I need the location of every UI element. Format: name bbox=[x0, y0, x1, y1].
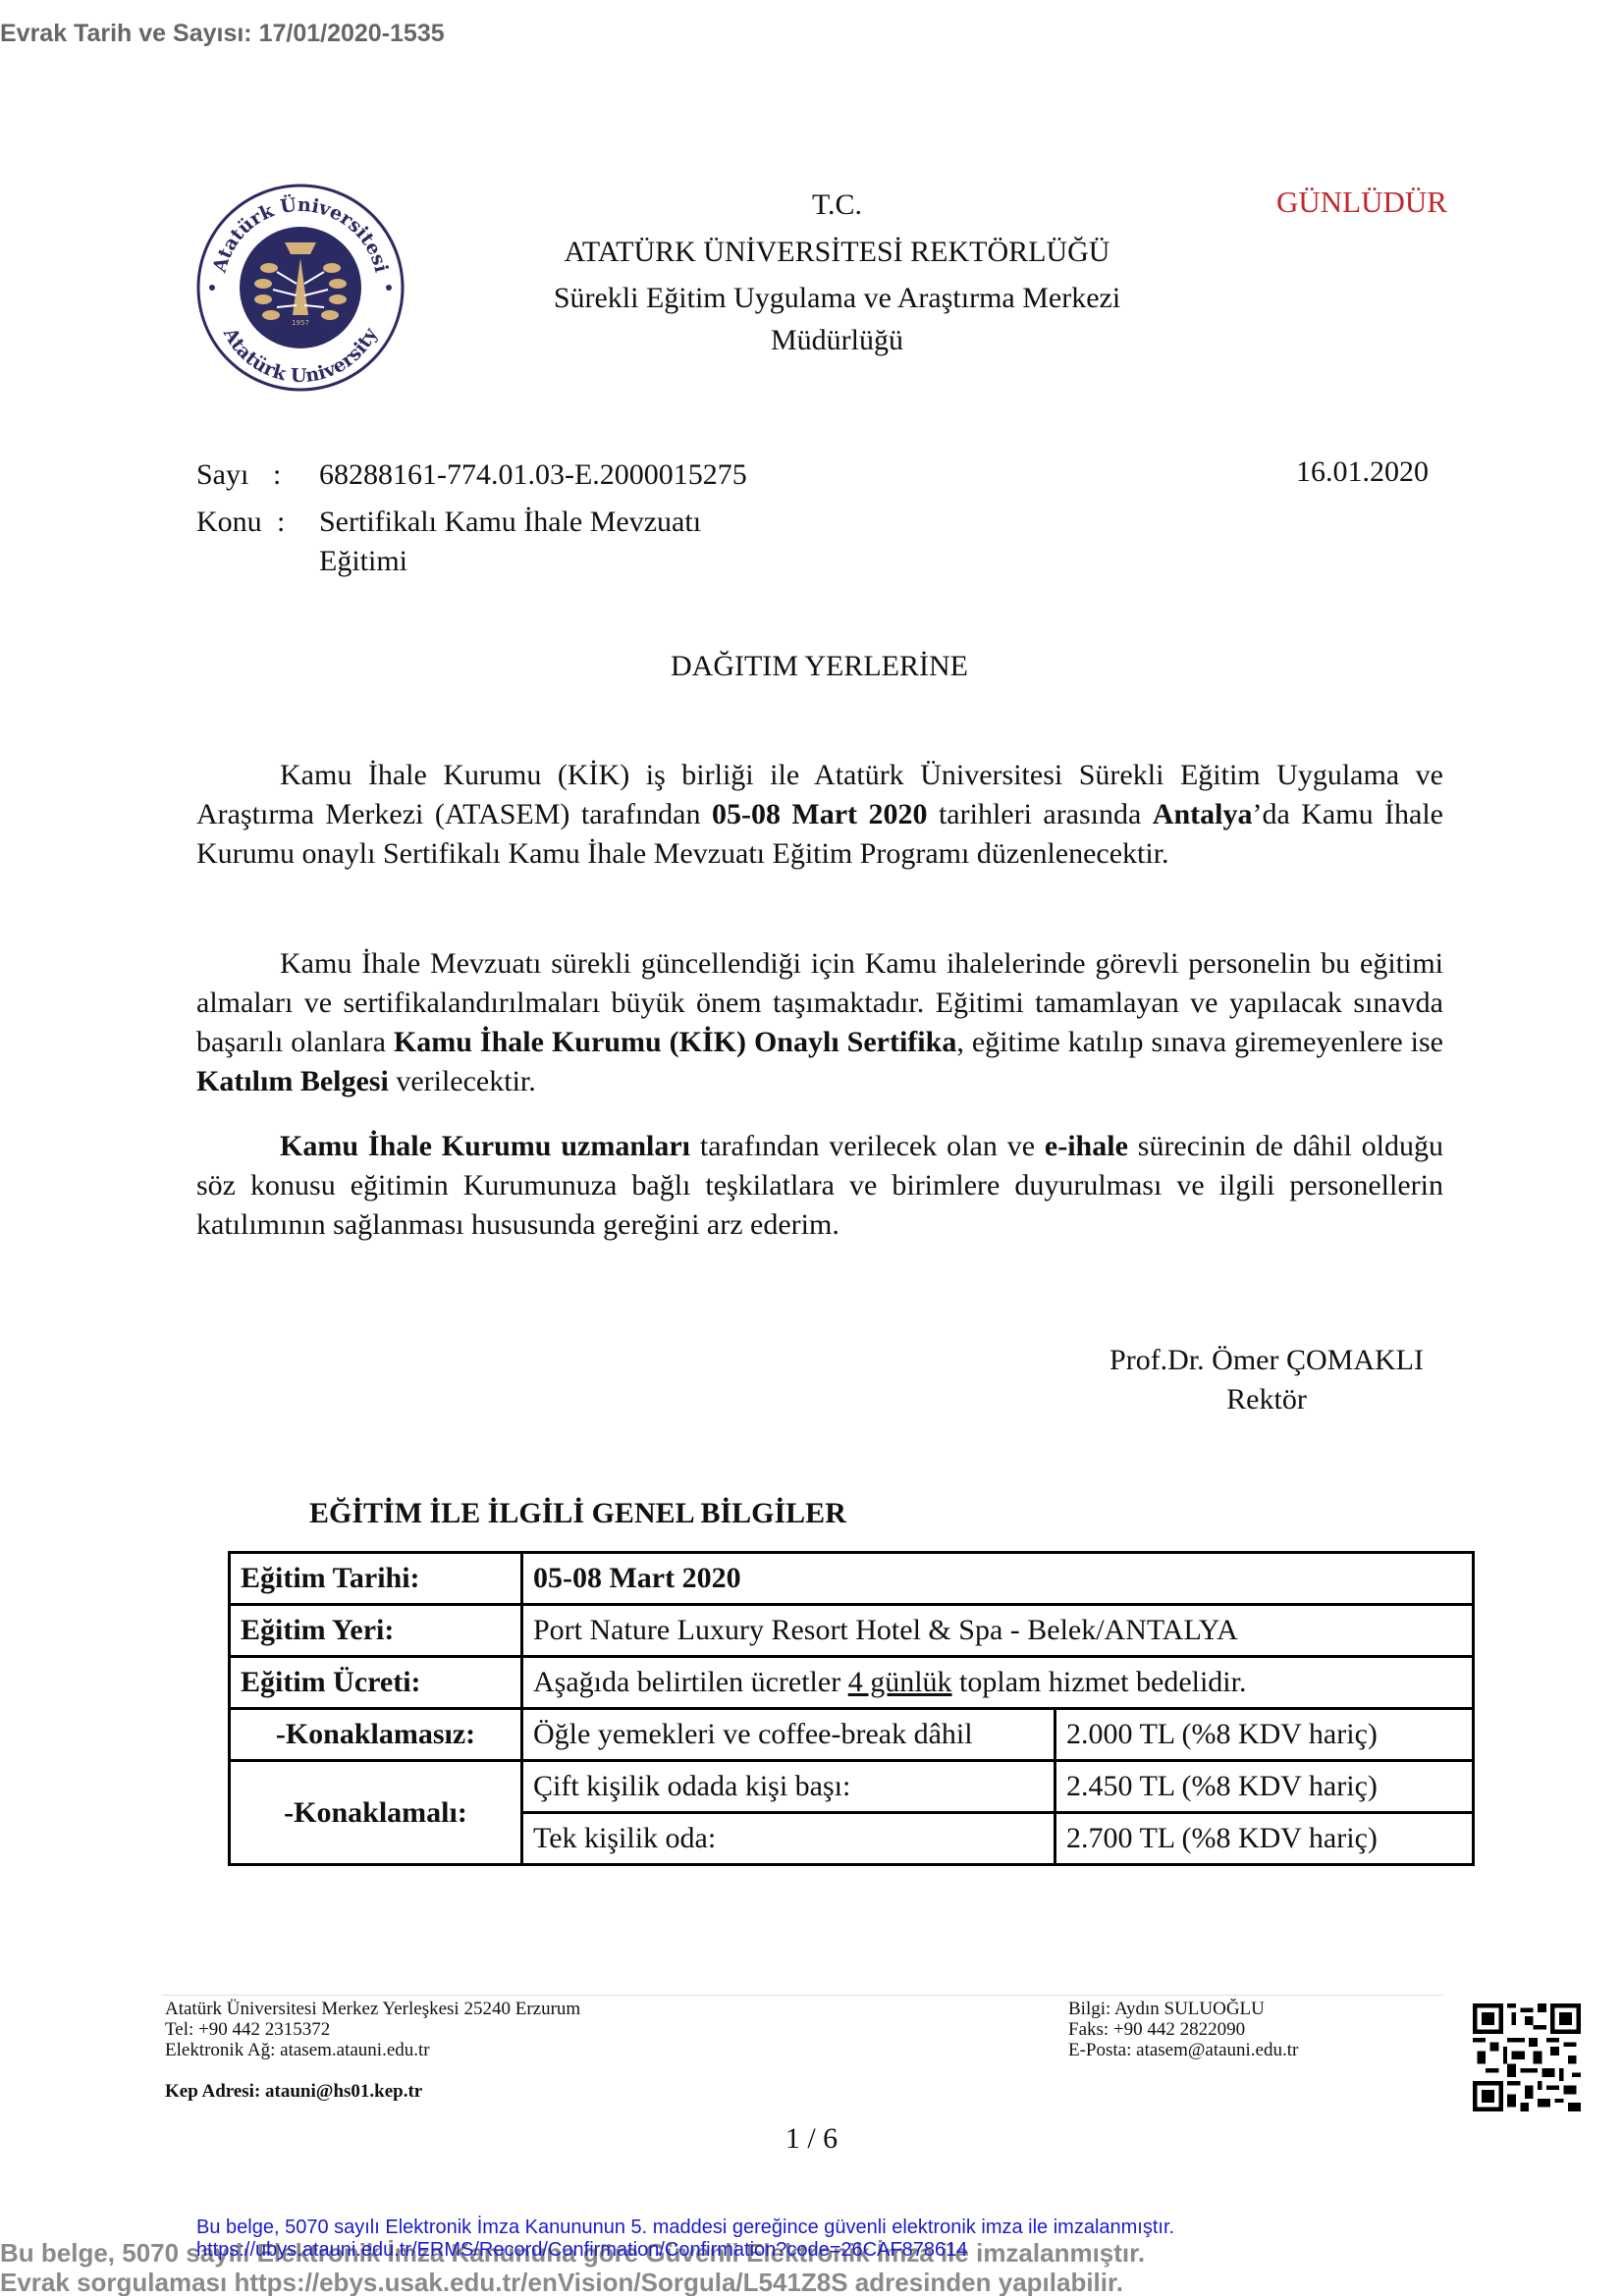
yer-value: Port Nature Luxury Resort Hotel & Spa - … bbox=[522, 1605, 1474, 1657]
konu-colon: : bbox=[277, 503, 285, 542]
body-paragraph-1: Kamu İhale Kurumu (KİK) iş birliği ile A… bbox=[196, 756, 1443, 874]
konaklamali-label: -Konaklamalı: bbox=[230, 1761, 522, 1865]
signature-notice-gray-2: Evrak sorgulaması https://ebys.usak.edu.… bbox=[0, 2268, 1123, 2296]
konaklamasiz-price: 2.000 TL (%8 KDV hariç) bbox=[1055, 1709, 1474, 1761]
svg-text:1957: 1957 bbox=[292, 319, 309, 327]
footer-kep: Kep Adresi: atauni@hs01.kep.tr bbox=[165, 2081, 422, 2102]
document-stamp-top: Evrak Tarih ve Sayısı: 17/01/2020-1535 bbox=[0, 20, 445, 48]
qr-code-icon bbox=[1473, 2002, 1581, 2112]
footer-eposta: E-Posta: atasem@atauni.edu.tr bbox=[1068, 2040, 1298, 2060]
sayi-label: Sayı bbox=[196, 455, 248, 495]
konaklamasiz-desc: Öğle yemekleri ve coffee-break dâhil bbox=[522, 1709, 1055, 1761]
tarih-value: 05-08 Mart 2020 bbox=[522, 1553, 1474, 1605]
konu-label: Konu bbox=[196, 503, 262, 542]
signature-notice-blue-1: Bu belge, 5070 sayılı Elektronik İmza Ka… bbox=[196, 2216, 1174, 2239]
konu-row: Konu : Sertifikalı Kamu İhale Mevzuatı bbox=[0, 503, 1623, 542]
urgency-label: GÜNLÜDÜR bbox=[1276, 185, 1447, 220]
university-seal-logo: Atatürk Üniversitesi Atatürk University … bbox=[194, 182, 406, 394]
sayi-value: 68288161-774.01.03-E.2000015275 bbox=[319, 455, 747, 495]
table-row: -Konaklamalı: Çift kişilik odada kişi ba… bbox=[230, 1761, 1474, 1813]
cift-price: 2.450 TL (%8 KDV hariç) bbox=[1055, 1761, 1474, 1813]
training-info-table: Eğitim Tarihi: 05-08 Mart 2020 Eğitim Ye… bbox=[228, 1551, 1475, 1866]
footer-faks: Faks: +90 442 2822090 bbox=[1068, 2019, 1245, 2040]
table-row: -Konaklamasız: Öğle yemekleri ve coffee-… bbox=[230, 1709, 1474, 1761]
signatory-title: Rektör bbox=[1080, 1380, 1453, 1419]
tarih-label: Eğitim Tarihi: bbox=[230, 1553, 522, 1605]
sayi-colon: : bbox=[273, 455, 281, 495]
footer-bilgi: Bilgi: Aydın SULUOĞLU bbox=[1068, 1999, 1265, 2019]
cift-desc: Çift kişilik odada kişi başı: bbox=[522, 1761, 1055, 1813]
footer-tel: Tel: +90 442 2315372 bbox=[165, 2019, 330, 2040]
signatory-name: Prof.Dr. Ömer ÇOMAKLI bbox=[1080, 1341, 1453, 1380]
tek-desc: Tek kişilik oda: bbox=[522, 1813, 1055, 1865]
letterhead-tc: T.C. bbox=[511, 185, 1163, 226]
footer-divider bbox=[162, 1995, 1443, 1996]
footer-address: Atatürk Üniversitesi Merkez Yerleşkesi 2… bbox=[165, 1999, 580, 2019]
letterhead-university: ATATÜRK ÜNİVERSİTESİ REKTÖRLÜĞÜ bbox=[511, 232, 1163, 273]
ucret-label: Eğitim Ücreti: bbox=[230, 1657, 522, 1709]
letterhead-center: Sürekli Eğitim Uygulama ve Araştırma Mer… bbox=[511, 278, 1163, 319]
konu-value-line1: Sertifikalı Kamu İhale Mevzuatı bbox=[319, 503, 701, 542]
body-paragraph-3: Kamu İhale Kurumu uzmanları tarafından v… bbox=[196, 1127, 1443, 1245]
info-table-title: EĞİTİM İLE İLGİLİ GENEL BİLGİLER bbox=[309, 1497, 846, 1530]
addressee: DAĞITIM YERLERİNE bbox=[0, 650, 1623, 683]
signature-confirmation-link[interactable]: https://ubys.atauni.edu.tr/ERMS/Record/C… bbox=[196, 2239, 967, 2262]
footer-web: Elektronik Ağ: atasem.atauni.edu.tr bbox=[165, 2040, 430, 2060]
page-number: 1 / 6 bbox=[0, 2122, 1623, 2156]
table-row: Eğitim Ücreti: Aşağıda belirtilen ücretl… bbox=[230, 1657, 1474, 1709]
table-row: Eğitim Yeri: Port Nature Luxury Resort H… bbox=[230, 1605, 1474, 1657]
konaklamasiz-label: -Konaklamasız: bbox=[230, 1709, 522, 1761]
tek-price: 2.700 TL (%8 KDV hariç) bbox=[1055, 1813, 1474, 1865]
document-date: 16.01.2020 bbox=[1296, 455, 1429, 489]
body-paragraph-2: Kamu İhale Mevzuatı sürekli güncellendiğ… bbox=[196, 944, 1443, 1101]
yer-label: Eğitim Yeri: bbox=[230, 1605, 522, 1657]
table-row: Eğitim Tarihi: 05-08 Mart 2020 bbox=[230, 1553, 1474, 1605]
konu-value-line2: Eğitimi bbox=[319, 542, 407, 581]
ucret-value: Aşağıda belirtilen ücretler 4 günlük top… bbox=[522, 1657, 1474, 1709]
letterhead-directorate: Müdürlüğü bbox=[511, 320, 1163, 361]
